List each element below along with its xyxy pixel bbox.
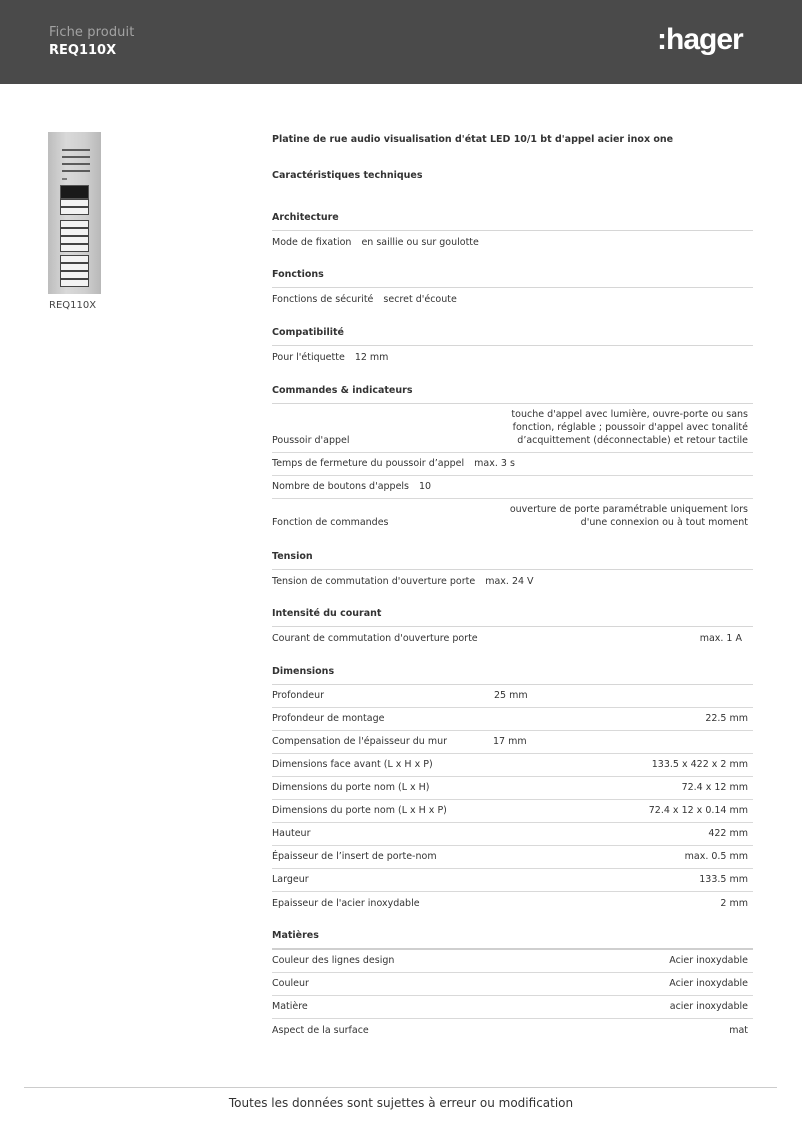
spec-row: Épaisseur de l’insert de porte-nom max. … — [272, 846, 753, 869]
section-intensite: Intensité du courant Courant de commutat… — [272, 607, 753, 650]
section-architecture: Architecture Mode de fixation en saillie… — [272, 211, 753, 254]
section-commandes: Commandes & indicateurs Poussoir d'appel… — [272, 384, 753, 534]
spec-value: 12 mm — [355, 351, 389, 364]
spec-row: Fonctions de sécurité secret d'écoute — [272, 288, 753, 311]
header-subtitle: Fiche produit — [49, 25, 134, 40]
spec-value-line: fonction, réglable ; poussoir d'appel av… — [511, 421, 748, 434]
spec-label: Fonctions de sécurité — [272, 293, 373, 306]
spec-row: Pour l'étiquette 12 mm — [272, 346, 753, 369]
spec-row: Nombre de boutons d'appels 10 — [272, 476, 753, 499]
spec-label: Dimensions du porte nom (L x H) — [272, 781, 430, 794]
spec-row: Courant de commutation d'ouverture porte… — [272, 627, 753, 650]
spec-label: Mode de fixation — [272, 236, 351, 249]
tech-heading: Caractéristiques techniques — [272, 169, 753, 183]
spec-value: 22.5 mm — [705, 712, 748, 725]
spec-value: Acier inoxydable — [669, 954, 748, 967]
spec-row: Tension de commutation d'ouverture porte… — [272, 570, 753, 593]
spec-value: 72.4 x 12 mm — [682, 781, 748, 794]
display-window-icon — [60, 185, 89, 199]
spec-row: Profondeur de montage 22.5 mm — [272, 708, 753, 731]
spec-value: mat — [729, 1024, 748, 1037]
section-title: Tension — [272, 550, 753, 570]
spec-value: max. 0.5 mm — [685, 850, 748, 863]
spec-label: Poussoir d'appel — [272, 434, 350, 447]
section-fonctions: Fonctions Fonctions de sécurité secret d… — [272, 268, 753, 311]
section-matieres: Matières Couleur des lignes design Acier… — [272, 929, 753, 1042]
section-tension: Tension Tension de commutation d'ouvertu… — [272, 550, 753, 593]
spec-row: Mode de fixation en saillie ou sur goulo… — [272, 231, 753, 254]
spec-value: 2 mm — [720, 897, 748, 910]
spec-value: max. 3 s — [474, 457, 515, 470]
spec-row: Aspect de la surface mat — [272, 1019, 753, 1042]
spec-value: secret d'écoute — [383, 293, 456, 306]
spec-value-line: d'une connexion ou à tout moment — [510, 516, 748, 529]
spec-value-line: touche d'appel avec lumière, ouvre-porte… — [511, 408, 748, 421]
spec-row: Poussoir d'appel touche d'appel avec lum… — [272, 404, 753, 453]
spec-value: 133.5 x 422 x 2 mm — [652, 758, 748, 771]
spec-value: 72.4 x 12 x 0.14 mm — [649, 804, 748, 817]
spec-row: Dimensions face avant (L x H x P) 133.5 … — [272, 754, 753, 777]
spec-label: Matière — [272, 1000, 308, 1013]
spec-row: Couleur Acier inoxydable — [272, 973, 753, 996]
section-title: Architecture — [272, 211, 753, 231]
spec-value: touche d'appel avec lumière, ouvre-porte… — [511, 408, 748, 447]
footer-divider — [24, 1087, 777, 1088]
spec-label: Couleur — [272, 977, 309, 990]
section-title: Fonctions — [272, 268, 753, 288]
spec-label: Couleur des lignes design — [272, 954, 394, 967]
header-product-code: REQ110X — [49, 43, 116, 58]
spec-label: Fonction de commandes — [272, 516, 389, 529]
spec-value: ouverture de porte paramétrable uniqueme… — [510, 503, 748, 529]
spec-row: Fonction de commandes ouverture de porte… — [272, 499, 753, 534]
spec-row: Dimensions du porte nom (L x H) 72.4 x 1… — [272, 777, 753, 800]
spec-row: Profondeur 25 mm — [272, 685, 753, 708]
spec-value: max. 24 V — [485, 575, 533, 588]
spec-value: 133.5 mm — [699, 873, 748, 886]
spec-label: Profondeur — [272, 689, 324, 702]
page-header: Fiche produit REQ110X :hager — [0, 0, 802, 84]
product-title: Platine de rue audio visualisation d'éta… — [272, 133, 753, 147]
spec-row: Hauteur 422 mm — [272, 823, 753, 846]
spec-row: Temps de fermeture du poussoir d’appel m… — [272, 453, 753, 476]
spec-label: Tension de commutation d'ouverture porte — [272, 575, 475, 588]
spec-row: Couleur des lignes design Acier inoxydab… — [272, 950, 753, 973]
led-indicator-icon — [62, 178, 67, 180]
spec-label: Hauteur — [272, 827, 310, 840]
section-title: Matières — [272, 929, 753, 950]
spec-row: Epaisseur de l'acier inoxydable 2 mm — [272, 892, 753, 915]
section-compatibilite: Compatibilité Pour l'étiquette 12 mm — [272, 326, 753, 369]
spec-value: max. 1 A — [700, 632, 745, 645]
spec-label: Temps de fermeture du poussoir d’appel — [272, 457, 464, 470]
image-caption: REQ110X — [49, 300, 96, 311]
section-title: Commandes & indicateurs — [272, 384, 753, 404]
spec-value-line: ouverture de porte paramétrable uniqueme… — [510, 503, 748, 516]
spec-content: Platine de rue audio visualisation d'éta… — [272, 133, 753, 1042]
spec-row: Matière acier inoxydable — [272, 996, 753, 1019]
spec-label: Epaisseur de l'acier inoxydable — [272, 897, 420, 910]
spec-value: acier inoxydable — [670, 1000, 748, 1013]
spec-label: Pour l'étiquette — [272, 351, 345, 364]
door-intercom-panel-image — [48, 132, 101, 294]
hager-logo: :hager — [657, 22, 743, 58]
spec-value: en saillie ou sur goulotte — [361, 236, 478, 249]
section-title: Intensité du courant — [272, 607, 753, 627]
spec-label: Aspect de la surface — [272, 1024, 369, 1037]
section-dimensions: Dimensions Profondeur 25 mm Profondeur d… — [272, 665, 753, 915]
spec-label: Dimensions face avant (L x H x P) — [272, 758, 433, 771]
spec-value: Acier inoxydable — [669, 977, 748, 990]
spec-row: Compensation de l'épaisseur du mur 17 mm — [272, 731, 753, 754]
spec-label: Profondeur de montage — [272, 712, 384, 725]
spec-row: Largeur 133.5 mm — [272, 869, 753, 892]
footer-disclaimer: Toutes les données sont sujettes à erreu… — [0, 1096, 802, 1110]
spec-label: Courant de commutation d'ouverture porte — [272, 632, 478, 645]
spec-label: Compensation de l'épaisseur du mur — [272, 735, 447, 748]
spec-label: Largeur — [272, 873, 309, 886]
spec-value: 10 — [419, 480, 431, 493]
section-title: Compatibilité — [272, 326, 753, 346]
spec-label: Nombre de boutons d'appels — [272, 480, 409, 493]
spec-value: 25 mm — [494, 689, 528, 702]
spec-value: 422 mm — [708, 827, 748, 840]
section-title: Dimensions — [272, 665, 753, 685]
spec-label: Dimensions du porte nom (L x H x P) — [272, 804, 447, 817]
spec-row: Dimensions du porte nom (L x H x P) 72.4… — [272, 800, 753, 823]
spec-label: Épaisseur de l’insert de porte-nom — [272, 850, 437, 863]
spec-value-line: d’acquittement (déconnectable) et retour… — [511, 434, 748, 447]
spec-value: 17 mm — [493, 735, 527, 748]
